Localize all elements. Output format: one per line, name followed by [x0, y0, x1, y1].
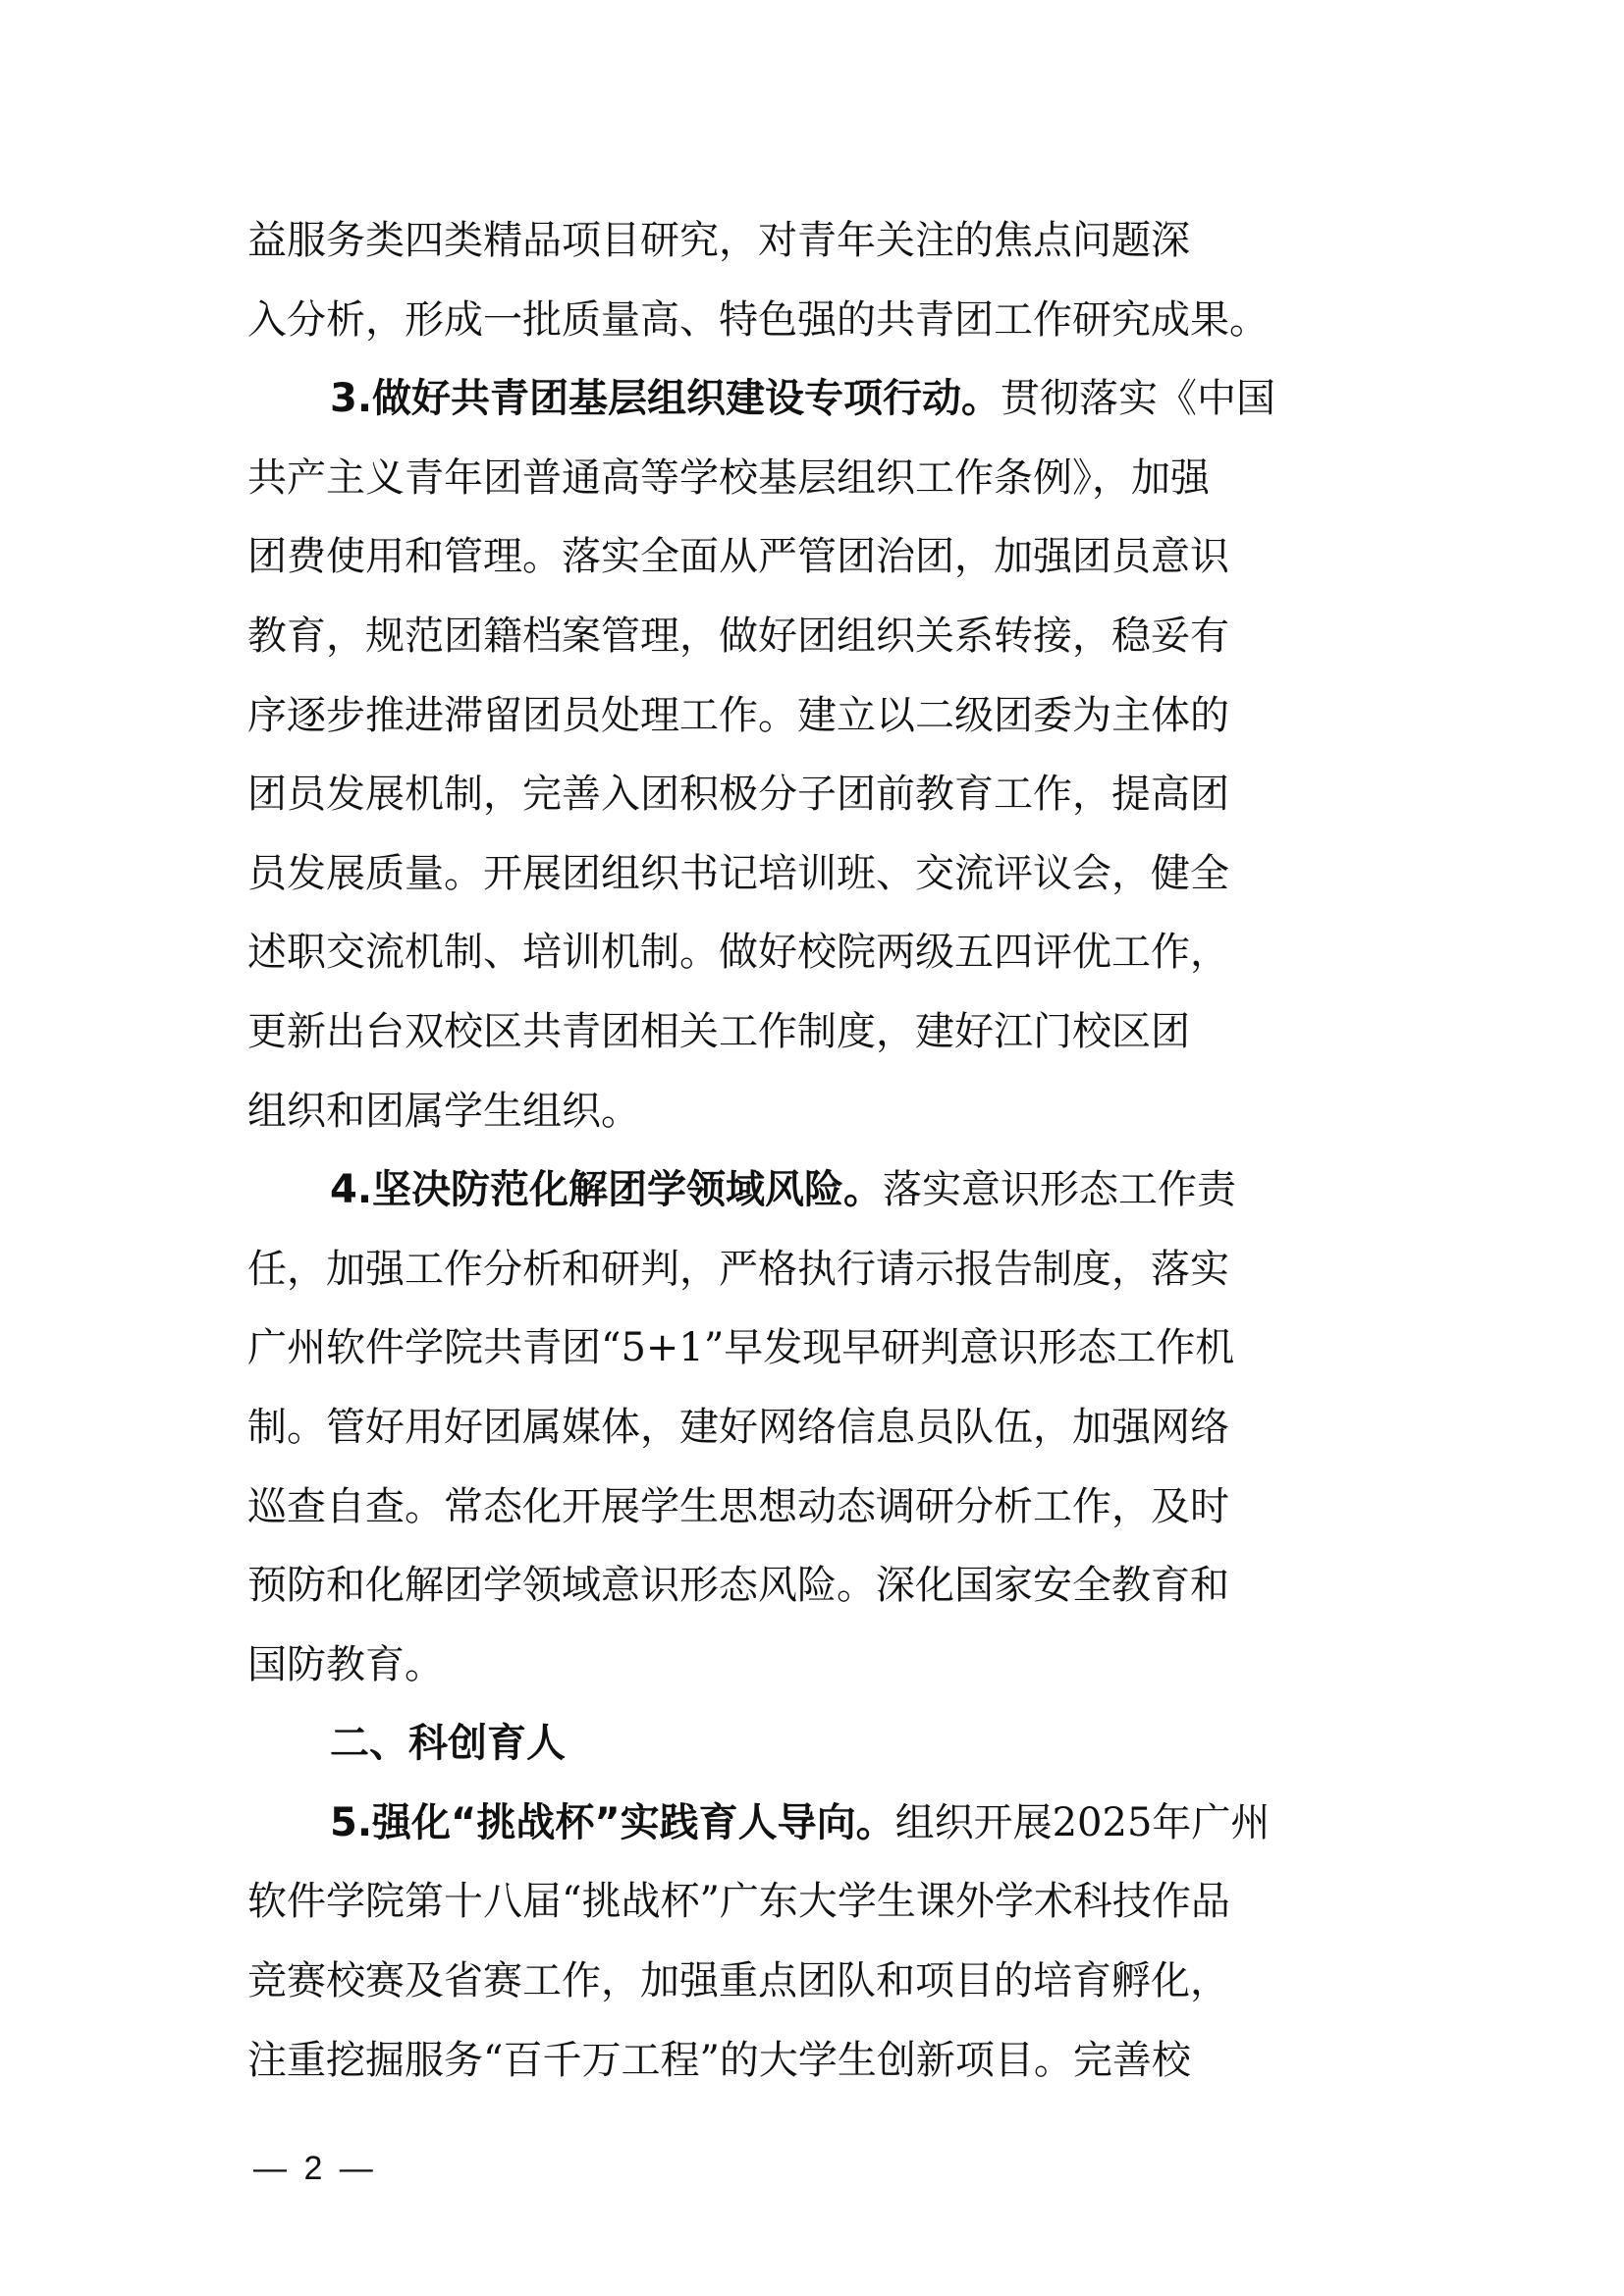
- body-line: 益服务类四类精品项目研究，对青年关注的焦点问题深: [247, 201, 1379, 281]
- body-line: 预防和化解团学领域意识形态风险。深化国家安全教育和: [247, 1546, 1379, 1626]
- body-line: 序逐步推进滞留团员处理工作。建立以二级团委为主体的: [247, 676, 1379, 756]
- item-3-text: 贯彻落实《中国: [1001, 376, 1275, 421]
- body-line: 竞赛校赛及省赛工作，加强重点团队和项目的培育孵化，: [247, 1942, 1379, 2021]
- item-3-title: 3.做好共青团基层组织建设专项行动。: [330, 376, 1001, 421]
- page-number: — 2 —: [253, 2150, 377, 2188]
- section-heading: 二、科创育人: [247, 1704, 1379, 1784]
- body-line: 更新出台双校区共青团相关工作制度，建好江门校区团: [247, 992, 1379, 1072]
- body-line: 制。管好用好团属媒体，建好网络信息员队伍，加强网络: [247, 1388, 1379, 1468]
- body-line: 广州软件学院共青团“5+1”早发现早研判意识形态工作机: [247, 1308, 1379, 1388]
- item-4-text: 落实意识形态工作责: [883, 1167, 1236, 1212]
- body-line: 巡查自查。常态化开展学生思想动态调研分析工作，及时: [247, 1468, 1379, 1547]
- body-line: 软件学院第十八届“挑战杯”广东大学生课外学术科技作品: [247, 1862, 1379, 1942]
- body-line: 教育，规范团籍档案管理，做好团组织关系转接，稳妥有: [247, 597, 1379, 676]
- body-line: 员发展质量。开展团组织书记培训班、交流评议会，健全: [247, 834, 1379, 914]
- item-4-line: 4.坚决防范化解团学领域风险。落实意识形态工作责: [247, 1150, 1379, 1230]
- body-line: 共产主义青年团普通高等学校基层组织工作条例》，加强: [247, 439, 1379, 518]
- body-line: 国防教育。: [247, 1626, 1379, 1705]
- body-line: 组织和团属学生组织。: [247, 1072, 1379, 1151]
- item-5-title: 5.强化“挑战杯”实践育人导向。: [330, 1800, 895, 1845]
- document-page: 益服务类四类精品项目研究，对青年关注的焦点问题深 入分析，形成一批质量高、特色强…: [247, 201, 1379, 2100]
- body-line: 任，加强工作分析和研判，严格执行请示报告制度，落实: [247, 1230, 1379, 1309]
- body-line: 述职交流机制、培训机制。做好校院两级五四评优工作，: [247, 913, 1379, 992]
- item-4-title: 4.坚决防范化解团学领域风险。: [330, 1167, 883, 1212]
- body-line: 团费使用和管理。落实全面从严管团治团，加强团员意识: [247, 517, 1379, 597]
- item-3-line: 3.做好共青团基层组织建设专项行动。贯彻落实《中国: [247, 359, 1379, 439]
- body-line: 入分析，形成一批质量高、特色强的共青团工作研究成果。: [247, 281, 1379, 360]
- body-line: 团员发展机制，完善入团积极分子团前教育工作，提高团: [247, 755, 1379, 834]
- item-5-text: 组织开展2025年广州: [895, 1800, 1271, 1845]
- item-5-line: 5.强化“挑战杯”实践育人导向。组织开展2025年广州: [247, 1784, 1379, 1863]
- body-line: 注重挖掘服务“百千万工程”的大学生创新项目。完善校: [247, 2021, 1379, 2101]
